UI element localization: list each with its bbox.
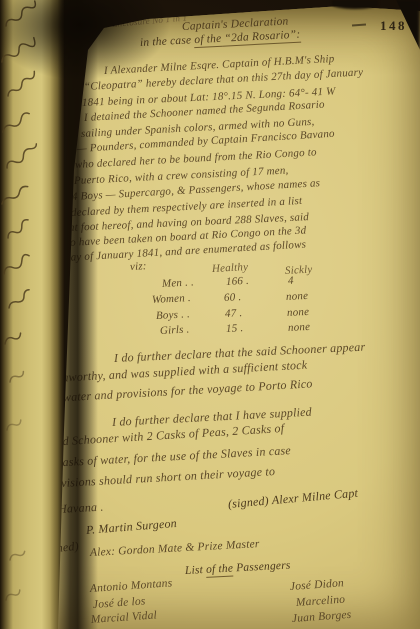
table-row-sickly: none [288,322,311,334]
table-row-sickly: none [287,307,310,319]
signature-martin: P. Martin Surgeon [86,517,178,536]
table-row-sickly: none [286,291,309,303]
passenger-name: Antonio Montans [90,578,173,595]
list-heading-underlined: of the [206,562,234,577]
table-row-healthy: 15 . [226,323,244,335]
passenger-name: Marcelino [296,595,346,610]
signature-gordon: Alex: Gordon Mate & Prize Master [90,539,260,559]
passenger-name: José de los [93,596,146,611]
passenger-name: Marcial Vidal [91,610,158,626]
table-row-sickly: 4 [288,276,294,287]
passenger-list-heading: List of the Passengers [185,560,291,577]
viz-label: viz: [130,261,147,273]
title-ship-name: “2da Rosario”: [221,29,301,47]
list-heading-rest: Passengers [233,559,291,574]
table-row-healthy: 47 . [225,308,243,320]
passenger-name: Juan Borges [292,610,352,626]
signature-milne: (signed) Alexr Milne Capt [227,487,358,510]
title-case-underlined: of the [194,33,222,48]
list-heading-pre: List [185,564,207,577]
folio-number: 148 [380,18,407,34]
gutter-top-shadow [0,0,170,80]
table-row-label: Girls . [160,324,190,337]
page-edge-nick [332,0,378,9]
table-row-label: Boys . . [156,309,191,322]
table-row-label: Men . . [162,277,194,290]
table-row-healthy: 166 . [226,276,250,288]
table-row-label: Women . [152,293,191,306]
passenger-name: José Didon [290,578,345,593]
table-row-healthy: 60 . [224,292,242,304]
photo-of-manuscript-page: Enclosure No 1 in 1 Captain's Declaratio… [0,0,420,629]
table-header-healthy: Healthy [212,262,249,275]
folio-dash-mark [352,24,366,27]
book-gutter-shadow [50,0,98,629]
